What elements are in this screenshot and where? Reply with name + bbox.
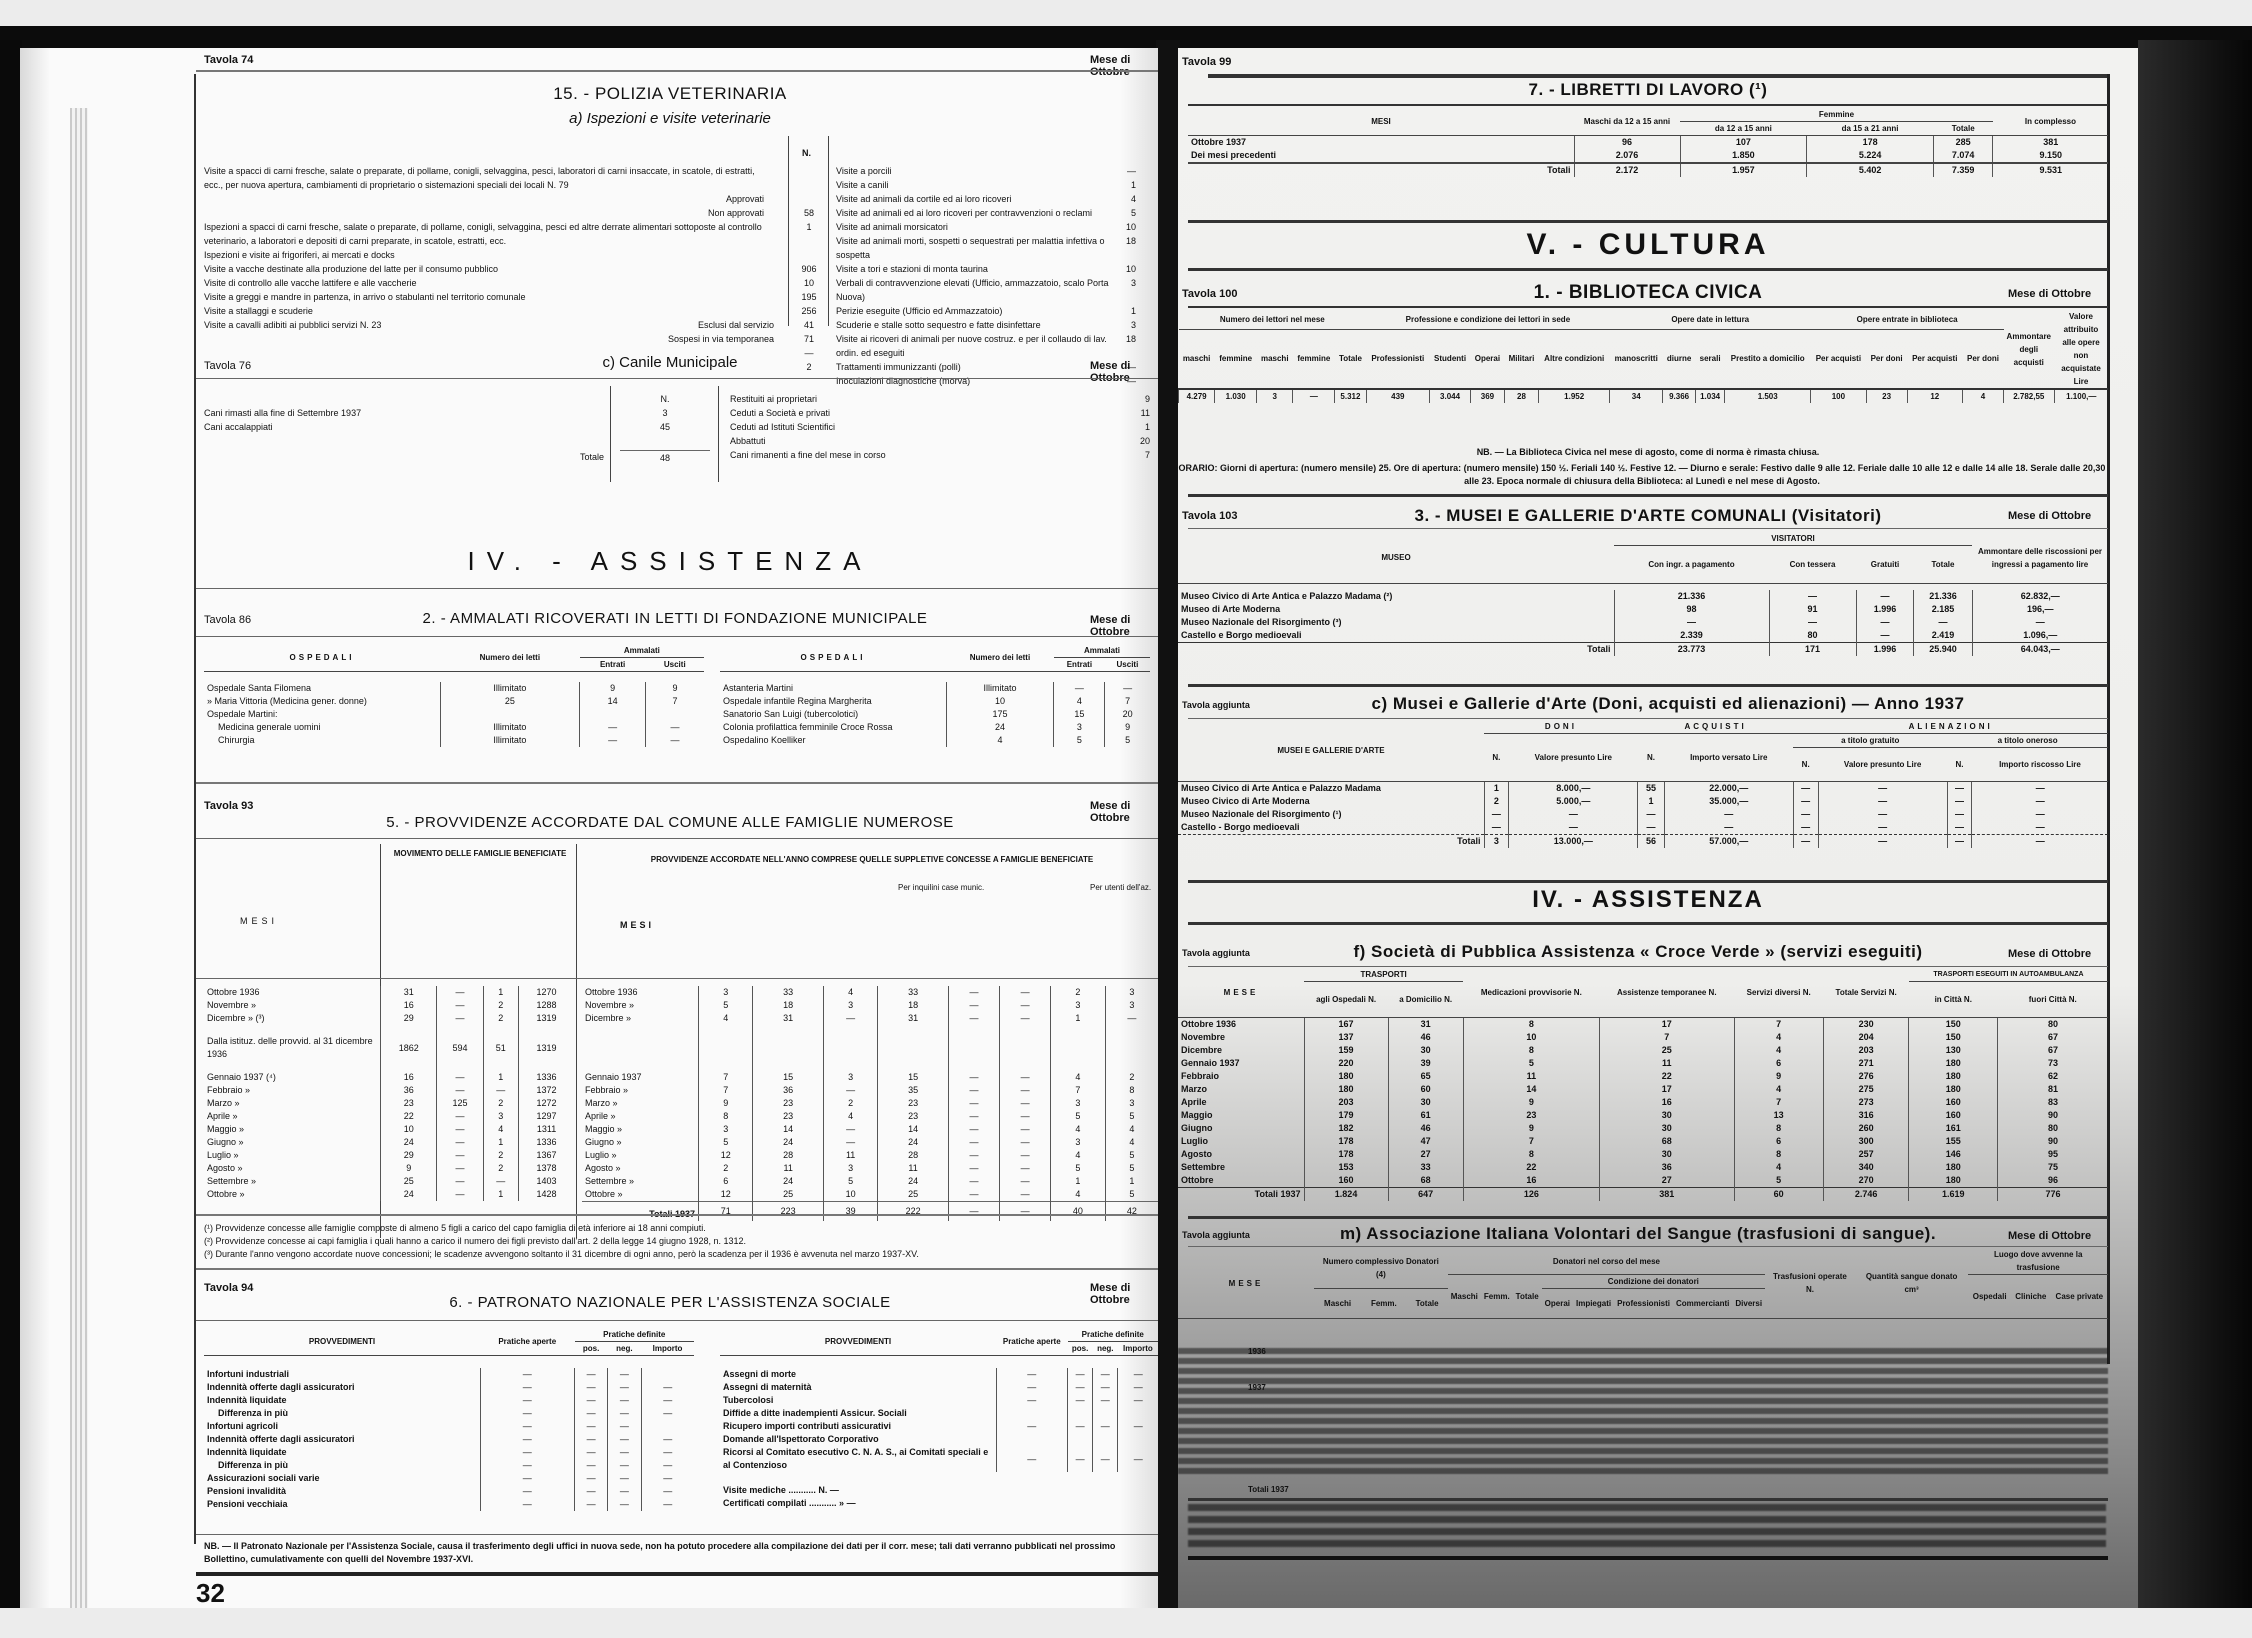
cell: —	[1972, 616, 2108, 629]
cell: Assegni di maternità	[720, 1381, 996, 1394]
rule	[196, 978, 1158, 979]
item-label: Cani rimasti alla fine di Settembre 1937	[204, 406, 604, 420]
cell: Castello - Borgo medioevali	[1178, 821, 1484, 835]
table-total-row: Totali 19377122339222——4042	[582, 1202, 1158, 1222]
cell: 4	[699, 1012, 753, 1025]
table-row: Ottobre 193796107178285381	[1188, 136, 2108, 150]
cell: 34	[1610, 389, 1663, 403]
table-row: Tubercolosi————	[720, 1394, 1158, 1407]
cell: —	[641, 1446, 694, 1459]
item-label: Scuderie e stalle sotto sequestro e fatt…	[836, 318, 1041, 332]
cell: —	[437, 986, 483, 999]
cell: 1336	[519, 1136, 574, 1149]
cell: 381	[1993, 136, 2108, 150]
cell: 8	[1734, 1148, 1823, 1161]
cell: 7	[1105, 695, 1150, 708]
cell: 33	[753, 986, 823, 999]
cell: 1862	[381, 1025, 437, 1071]
cell: 4	[1734, 1031, 1823, 1044]
cell: 178	[1807, 136, 1934, 150]
cell: —	[575, 1485, 608, 1498]
cell: —	[1664, 808, 1793, 821]
cell: 5	[699, 999, 753, 1012]
cell: —	[480, 1472, 575, 1485]
cell: Marzo »	[582, 1097, 699, 1110]
section-heading-assistenza: IV. - ASSISTENZA	[1188, 886, 2108, 914]
item-label: Visite a spacci di carni fresche, salate…	[204, 164, 774, 192]
cell: 222	[878, 1202, 948, 1222]
col-header: Per acquisti	[1907, 329, 1962, 389]
col-header: Trasfusioni operate N.	[1765, 1248, 1855, 1319]
unit: »	[839, 1498, 844, 1508]
table-row: Ospedale infantile Regina Margherita1047	[720, 695, 1150, 708]
table-row: Assegni di maternità————	[720, 1381, 1158, 1394]
cell: 3	[483, 1110, 519, 1123]
cell: 179	[1304, 1109, 1388, 1122]
table-row: Gennaio 1937715315——42	[582, 1071, 1158, 1084]
table-row: Ottobre »12251025——45	[582, 1188, 1158, 1202]
cell: —	[1947, 808, 1972, 821]
cell: 1.034	[1696, 389, 1725, 403]
musei-title: 3. - MUSEI E GALLERIE D'ARTE COMUNALI (V…	[1188, 506, 2108, 526]
value: 10	[792, 276, 826, 290]
cell: Totali 1937	[1178, 1188, 1304, 1202]
value: 1	[1131, 304, 1136, 318]
cell: —	[1000, 1084, 1051, 1097]
cell: 1367	[519, 1149, 574, 1162]
cell: —	[1105, 1012, 1158, 1025]
cell: —	[948, 1136, 999, 1149]
value: —	[1127, 164, 1136, 178]
cell: Novembre	[1178, 1031, 1304, 1044]
col-header: Usciti	[1105, 658, 1150, 672]
cell: 27	[1599, 1174, 1734, 1188]
cell: 23	[1866, 389, 1907, 403]
col-header: Con ingr. a pagamento	[1614, 546, 1769, 584]
cell: 18	[878, 999, 948, 1012]
cell: 6	[1734, 1135, 1823, 1148]
table-row: Settembre »25——1403	[204, 1175, 574, 1188]
col-header: Valore presunto Lire	[1509, 734, 1638, 782]
list-item: Visite ad animali morti, sospetti o sequ…	[836, 234, 1136, 262]
cell: Settembre	[1178, 1161, 1304, 1174]
table-row: Marzo »923223——33	[582, 1097, 1158, 1110]
list-item: Visite ad animali ed ai loro ricoveri pe…	[836, 206, 1136, 220]
col-header: Professionisti	[1614, 1289, 1673, 1319]
cell: 4	[1734, 1044, 1823, 1057]
cell: 182	[1304, 1122, 1388, 1135]
cell: —	[575, 1459, 608, 1472]
cell: 1	[1105, 1175, 1158, 1188]
cell: Infortuni agricoli	[204, 1420, 480, 1433]
tavola-label: Tavola 74	[204, 54, 253, 66]
col-header: Pratiche definite	[1068, 1328, 1158, 1342]
value: 1	[1145, 420, 1150, 434]
table-row: Settembre »624524——11	[582, 1175, 1158, 1188]
provvidenze-table-accordate: Ottobre 1936333433——23 Novembre »518318—…	[582, 986, 1158, 1221]
col-header: Importo versato Lire	[1664, 734, 1793, 782]
col-header: Diversi	[1732, 1289, 1765, 1319]
item-label: Restituiti ai proprietari	[730, 392, 817, 406]
cell: 29	[381, 1012, 437, 1025]
col-header: Importo	[641, 1342, 694, 1356]
cell: Luglio »	[582, 1149, 699, 1162]
cell: 1.030	[1215, 389, 1257, 403]
cell: —	[1484, 821, 1509, 835]
table-row: Museo Nazionale del Risorgimento (³)————…	[1178, 616, 2108, 629]
cell: 16	[1599, 1096, 1734, 1109]
cell: 67	[1998, 1044, 2108, 1057]
cell: Febbraio »	[582, 1084, 699, 1097]
mese-label: Mese di Ottobre	[2008, 948, 2091, 960]
cell: —	[575, 1498, 608, 1511]
col-header: Ammalati	[1054, 644, 1150, 658]
cell: 80	[1769, 629, 1856, 643]
value: 906	[792, 262, 826, 276]
cell: —	[1068, 1381, 1093, 1394]
cell: 39	[1388, 1057, 1463, 1070]
cell: —	[1000, 1175, 1051, 1188]
patronato-table-right: PROVVEDIMENTI Pratiche aperte Pratiche d…	[720, 1328, 1158, 1510]
cell: 91	[1769, 603, 1856, 616]
list-item: Sospesi in via temporanea	[204, 332, 774, 346]
value: 10	[1126, 262, 1136, 276]
table-row: Castello - Borgo medioevali————————	[1178, 821, 2108, 835]
section-heading-cultura: V. - CULTURA	[1188, 228, 2108, 262]
table-row: Ricorsi al Comitato esecutivo C. N. A. S…	[720, 1446, 1158, 1472]
cell: —	[608, 1407, 641, 1420]
rule	[196, 838, 1158, 839]
cell: 1	[483, 1188, 519, 1201]
cell: Illimitato	[440, 734, 580, 747]
cell: 1311	[519, 1123, 574, 1136]
rule	[1188, 966, 2108, 967]
cell: —	[1000, 1071, 1051, 1084]
cell: 178	[1304, 1148, 1388, 1161]
col-header: Valore presunto Lire	[1818, 748, 1947, 782]
page-number: 32	[196, 1578, 225, 1608]
cell: —	[480, 1459, 575, 1472]
table-row: Ottobre 193631—11270	[204, 986, 574, 999]
cell: —	[437, 1175, 483, 1188]
item-label: Visite a stallaggi e scuderie	[204, 306, 313, 316]
col-header: Entrati	[1054, 658, 1105, 672]
cell: 300	[1823, 1135, 1909, 1148]
table-header: MESI Maschi da 12 a 15 anni Femmine In c…	[1188, 108, 2108, 122]
table-row: Maggio1796123301331616090	[1178, 1109, 2108, 1122]
musei-doni-table: MUSEI E GALLERIE D'ARTE DONI ACQUISTI AL…	[1178, 720, 2108, 848]
value: 18	[1126, 234, 1136, 262]
col-header: Totale	[1933, 122, 1992, 136]
cell: 11	[1599, 1057, 1734, 1070]
col-header: Usciti	[646, 658, 704, 672]
cell: —	[1638, 808, 1664, 821]
table-row: Indennità liquidate————	[204, 1394, 694, 1407]
cell: Indennità liquidate	[204, 1394, 480, 1407]
cell: 8	[1463, 1044, 1599, 1057]
cell: —	[996, 1446, 1068, 1472]
cell: 100	[1811, 389, 1866, 403]
table-header: OSPEDALI Numero dei letti Ammalati	[720, 644, 1150, 658]
cell: 23	[753, 1097, 823, 1110]
cell: 4	[823, 986, 877, 999]
cell: —	[1818, 808, 1947, 821]
item-label: Visite a cavalli adibiti ai pubblici ser…	[204, 318, 381, 332]
cell: 1.096,—	[1972, 629, 2108, 643]
footnote: (²) Provvidenze concesse ai capi famigli…	[204, 1235, 1144, 1248]
cell: 5	[1734, 1174, 1823, 1188]
page-stack-edge	[70, 108, 88, 1608]
col-header: TRASPORTI ESEGUITI IN AUTOAMBULANZA	[1909, 968, 2108, 982]
cell: 4	[1051, 1188, 1105, 1202]
header-rule	[196, 70, 1158, 72]
cell: 13.000,—	[1509, 835, 1638, 849]
col-header: a titolo oneroso	[1947, 734, 2108, 748]
col-header: Valore attribuito alle opere non acquist…	[2054, 310, 2108, 389]
cell: 3	[1051, 1136, 1105, 1149]
cell: 180	[1304, 1083, 1388, 1096]
cell: 81	[1998, 1083, 2108, 1096]
cell: Indennità offerte dagli assicuratori	[204, 1381, 480, 1394]
item-label: Visite di controllo alle vacche lattifer…	[204, 278, 416, 288]
table-row: Ottobre 193616731817723015080	[1178, 1018, 2108, 1032]
table-row: Colonia profilattica femminile Croce Ros…	[720, 721, 1150, 734]
patronato-nb: NB. — Il Patronato Nazionale per l'Assis…	[204, 1540, 1144, 1566]
cell: 9	[580, 682, 646, 695]
cell: 60	[1734, 1188, 1823, 1202]
biblioteca-title: 1. - BIBLIOTECA CIVICA	[1188, 282, 2108, 304]
cell: 7.359	[1933, 163, 1992, 177]
cell: 7.074	[1933, 149, 1992, 163]
cell: —	[575, 1394, 608, 1407]
table-row: Settembre153332236434018075	[1178, 1161, 2108, 1174]
cell: 7	[699, 1084, 753, 1097]
cell: 7	[646, 695, 704, 708]
col-header: Pratiche aperte	[480, 1328, 575, 1356]
col-header: Opere date in lettura	[1610, 310, 1811, 329]
certificati-label: Certificati compilati	[723, 1498, 807, 1508]
cell: —	[641, 1394, 694, 1407]
col-header: manoscritti	[1610, 329, 1663, 389]
cell: Museo Nazionale del Risorgimento (³)	[1178, 616, 1614, 629]
libretti-table: MESI Maschi da 12 a 15 anni Femmine In c…	[1188, 108, 2108, 177]
col-header: Donatori nel corso del mese	[1448, 1248, 1765, 1275]
tavola-label: Tavola 99	[1182, 56, 1231, 68]
cell: Totali	[1188, 163, 1574, 177]
cell: Maggio »	[582, 1123, 699, 1136]
item-label: Verbali di contravvenzione elevati (Uffi…	[836, 276, 1131, 304]
cell: 5	[1105, 1188, 1158, 1202]
cell: 1319	[519, 1025, 574, 1071]
cell: Museo Civico di Arte Moderna	[1178, 795, 1484, 808]
cell: —	[575, 1433, 608, 1446]
list-item: Visite a greggi e mandre in partenza, in…	[204, 290, 774, 304]
table-row: Dicembre15930825420313067	[1178, 1044, 2108, 1057]
cell: —	[948, 986, 999, 999]
cell: 1	[1638, 795, 1664, 808]
col-header: in Città N.	[1909, 982, 1998, 1018]
cell: 161	[1909, 1122, 1998, 1135]
cell: 4	[1105, 1123, 1158, 1136]
ispezioni-list-left: Visite a spacci di carni fresche, salate…	[204, 164, 774, 346]
table-row: Novembre »518318——33	[582, 999, 1158, 1012]
cell: —	[575, 1368, 608, 1381]
ammalati-table-left: OSPEDALI Numero dei letti Ammalati Entra…	[204, 644, 704, 747]
item-label: Visite a tori e stazioni di monta taurin…	[836, 262, 988, 276]
cell: 98	[1614, 603, 1769, 616]
list-item: Scuderie e stalle sotto sequestro e fatt…	[836, 318, 1136, 332]
unit: N.	[818, 1485, 827, 1495]
cell: 155	[1909, 1135, 1998, 1148]
cell: 31	[381, 986, 437, 999]
cell: —	[1818, 795, 1947, 808]
cell: 30	[1599, 1148, 1734, 1161]
cell: Pensioni invalidità	[204, 1485, 480, 1498]
cell: 1	[1051, 1175, 1105, 1188]
cell: 7	[1734, 1096, 1823, 1109]
col-header: Case private	[2051, 1275, 2108, 1319]
col-header: Con tessera	[1769, 546, 1856, 584]
table-row: Agosto17827830825714695	[1178, 1148, 2108, 1161]
col-header: Commercianti	[1673, 1289, 1732, 1319]
cell: 8	[699, 1110, 753, 1123]
cell: —	[608, 1433, 641, 1446]
cell: —	[437, 1162, 483, 1175]
cell: 24	[878, 1136, 948, 1149]
cell: Indennità offerte dagli assicuratori	[204, 1433, 480, 1446]
cell: —	[948, 1202, 999, 1222]
avis-year-1936: 1936	[1248, 1346, 1266, 1358]
cell: 16	[1463, 1174, 1599, 1188]
rule	[196, 782, 1158, 784]
cell: 57.000,—	[1664, 835, 1793, 849]
table-row: Gennaio 1937 (⁴)16—11336	[204, 1071, 574, 1084]
cell: —	[1972, 782, 2108, 796]
col-header: Studenti	[1430, 329, 1471, 389]
table-row: Febbraio »36——1372	[204, 1084, 574, 1097]
page-frame-left	[194, 74, 196, 1544]
item-sub: Non approvati	[708, 208, 764, 218]
cell: Sanatorio San Luigi (tubercolotici)	[720, 708, 946, 721]
cell: —	[437, 1084, 483, 1097]
table-row: Astanteria MartiniIllimitato——	[720, 682, 1150, 695]
cell: —	[641, 1485, 694, 1498]
cell: —	[1000, 1188, 1051, 1202]
cell: Museo Civico di Arte Antica e Palazzo Ma…	[1178, 782, 1484, 796]
tavola-label: Tavola 94	[204, 1282, 253, 1294]
cell: 25	[1599, 1044, 1734, 1057]
item-label: Visite ad animali ed ai loro ricoveri pe…	[836, 206, 1092, 220]
col-header: Ospedali	[1968, 1275, 2011, 1319]
table-row: Novembre13746107420415067	[1178, 1031, 2108, 1044]
cell: —	[608, 1472, 641, 1485]
table-row: Luglio »29—21367	[204, 1149, 574, 1162]
cell: 1272	[519, 1097, 574, 1110]
cell: 3	[1054, 721, 1105, 734]
table-row: Ottobre »24—11428	[204, 1188, 574, 1201]
sub-header-case: Per inquilini case munic.	[898, 882, 984, 894]
table-row: ChirurgiaIllimitato——	[204, 734, 704, 747]
cell: Ospedale infantile Regina Margherita	[720, 695, 946, 708]
col-header: Totale Servizi N.	[1823, 968, 1909, 1018]
cell: 1	[1051, 1012, 1105, 1025]
table-row: Giugno »24—11336	[204, 1136, 574, 1149]
footnote: (¹) Provvidenze concesse alle famiglie c…	[204, 1222, 1144, 1235]
cell: —	[480, 1368, 575, 1381]
cell: 5	[1105, 1149, 1158, 1162]
col-header: MESE	[1178, 1248, 1314, 1319]
cell: 2	[1051, 986, 1105, 999]
cell: —	[1509, 808, 1638, 821]
cell: 7	[1463, 1135, 1599, 1148]
cell: 2	[1105, 1071, 1158, 1084]
cell: —	[608, 1485, 641, 1498]
cell: Ricupero importi contributi assicurativi	[720, 1420, 996, 1433]
table-header: PROVVEDIMENTI Pratiche aperte Pratiche d…	[204, 1328, 694, 1342]
list-item: Ceduti a Società e privati11	[730, 406, 1150, 420]
cell: Colonia profilattica femminile Croce Ros…	[720, 721, 946, 734]
avis-table: MESE Numero complessivo Donatori (4) Don…	[1178, 1248, 2108, 1319]
col-header: Pratiche aperte	[996, 1328, 1068, 1356]
item-label: Cani rimanenti a fine del mese in corso	[730, 448, 886, 462]
table-row: Giugno18246930826016180	[1178, 1122, 2108, 1135]
table-row: Ricupero importi contributi assicurativi…	[720, 1420, 1158, 1433]
col-header: N.	[1638, 734, 1664, 782]
cell: —	[1000, 1097, 1051, 1110]
cell: 62.832,—	[1972, 590, 2108, 603]
col-header: da 15 a 21 anni	[1807, 122, 1934, 136]
cell: 61	[1388, 1109, 1463, 1122]
table-row: Diffide a ditte inadempienti Assicur. So…	[720, 1407, 1158, 1420]
cell: 83	[1998, 1096, 2108, 1109]
cell: —	[483, 1175, 519, 1188]
table-row: Dei mesi precedenti2.0761.8505.2247.0749…	[1188, 149, 2108, 163]
table-row: Differenza in più————	[204, 1459, 694, 1472]
table-row: Infortuni agricoli———	[204, 1420, 694, 1433]
col-header: OSPEDALI	[720, 644, 946, 672]
cell: —	[608, 1498, 641, 1511]
cell: 11	[823, 1149, 877, 1162]
col-header: serali	[1696, 329, 1725, 389]
col-header: ACQUISTI	[1638, 720, 1793, 734]
cell: —	[1818, 835, 1947, 849]
item-label: Ispezioni e visite ai frigoriferi, ai me…	[204, 250, 395, 260]
cell: 5	[1051, 1110, 1105, 1123]
cell: —	[1068, 1446, 1093, 1472]
cell: 5.312	[1335, 389, 1366, 403]
table-row: Ospedalino Koelliker455	[720, 734, 1150, 747]
cell: 6	[1734, 1057, 1823, 1070]
table-row: Luglio »12281128——45	[582, 1149, 1158, 1162]
cell: 3	[699, 1123, 753, 1136]
cell: —	[1000, 986, 1051, 999]
rule	[1188, 220, 2108, 223]
cell: 25	[753, 1188, 823, 1202]
cell: 20	[1105, 708, 1150, 721]
cell: 2.746	[1823, 1188, 1909, 1202]
cell: Ottobre »	[204, 1188, 381, 1201]
cell: 2.185	[1914, 603, 1972, 616]
col-header: Totale	[1513, 1275, 1542, 1319]
cell: 1	[1484, 782, 1509, 796]
cell: 8	[1463, 1018, 1599, 1032]
cell: —	[1093, 1368, 1118, 1381]
cell: Novembre »	[204, 999, 381, 1012]
cell: Astanteria Martini	[720, 682, 946, 695]
cell: Ospedale Santa Filomena	[204, 682, 440, 695]
value: 7	[1145, 448, 1150, 462]
cell: —	[1972, 808, 2108, 821]
